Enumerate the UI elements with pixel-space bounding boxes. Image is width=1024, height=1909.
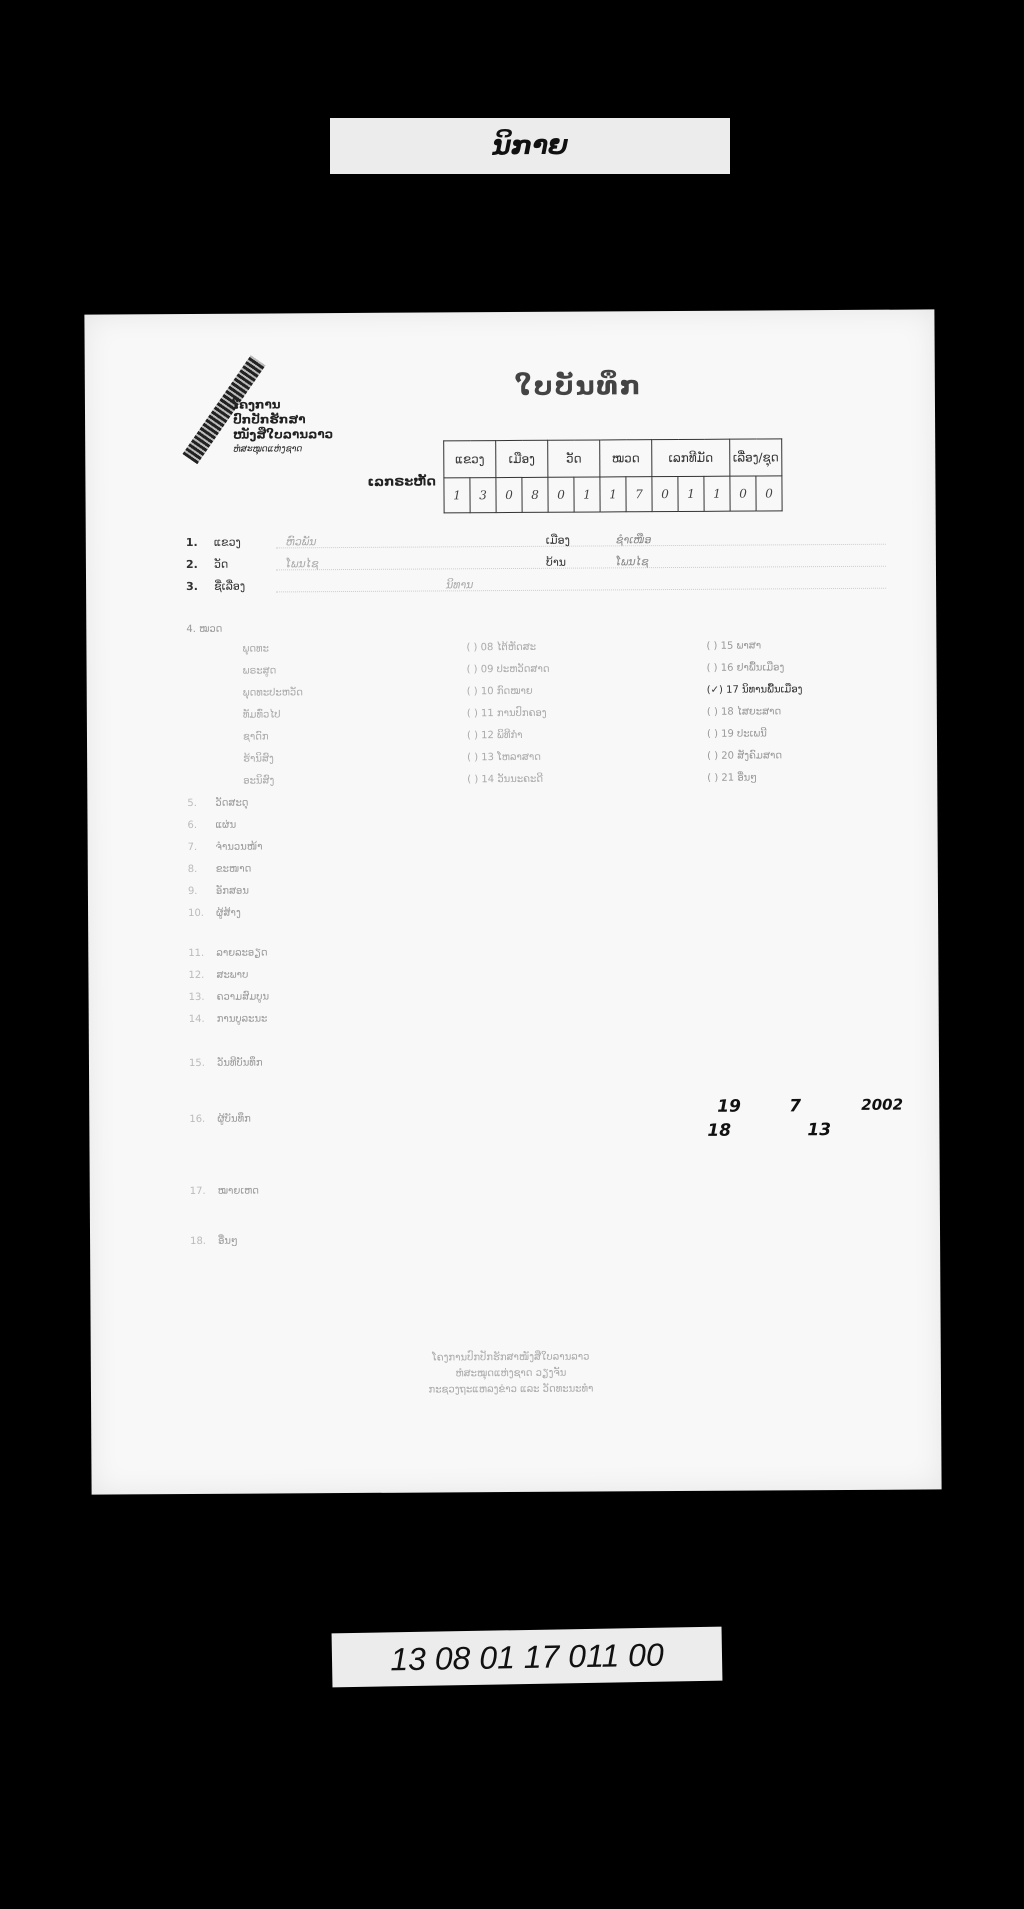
detail-row: 14.ການບູລະນະ bbox=[189, 1010, 889, 1058]
footer-line: ຫໍສະໝຸດແຫ່ງຊາດ ວຽງຈັນ bbox=[361, 1365, 661, 1383]
handwritten-value-a: 18 bbox=[707, 1121, 731, 1141]
row-label: ວັນທີບັນທຶກ bbox=[217, 1058, 263, 1069]
category-option: ( ) 10 ກົດໝາຍ bbox=[467, 686, 550, 709]
category-option: ( ) 19 ປະເພນີ bbox=[707, 728, 803, 751]
category-option: ພຸດທະ bbox=[242, 643, 302, 665]
field-value-province: ຫົວພັນ bbox=[286, 535, 317, 548]
code-digit: 0 bbox=[548, 477, 574, 512]
row-number: 6. bbox=[187, 820, 197, 831]
row-number: 15. bbox=[189, 1058, 205, 1069]
category-heading: 4. ໝວດ bbox=[186, 624, 222, 635]
field-label-title: ຊື່ເລື່ອງ bbox=[214, 580, 245, 593]
detail-row: 10.ຜູ້ສ້າງ bbox=[188, 904, 888, 948]
row-label: ຂະໜາດ bbox=[216, 864, 252, 875]
handwritten-year: 2002 bbox=[861, 1096, 903, 1114]
row-number: 9. bbox=[188, 886, 198, 897]
category-column-2: ( ) 08 ໄຕ້ຫັດສະ ( ) 09 ປະຫວັດສາດ ( ) 10 … bbox=[466, 642, 550, 797]
field-label-province: ແຂວງ bbox=[214, 536, 241, 549]
org-line-4: ຫໍສະໝຸດແຫ່ງຊາດ bbox=[233, 442, 333, 458]
category-option: ຮ້ານິສົງ bbox=[243, 753, 303, 775]
dotted-line bbox=[276, 588, 886, 593]
handwritten-value-b: 13 bbox=[807, 1120, 831, 1140]
category-option: ( ) 13 ໂຫລາສາດ bbox=[467, 752, 550, 775]
category-option: ຊາດົກ bbox=[243, 731, 303, 753]
row-number: 12. bbox=[188, 970, 204, 981]
row-label: ຜູ້ສ້າງ bbox=[216, 908, 241, 919]
code-digit: 8 bbox=[522, 477, 548, 512]
code-digit: 0 bbox=[652, 476, 678, 511]
detail-row: 16.ຜູ້ບັນທຶກ bbox=[189, 1110, 889, 1186]
row-label: ອັກສອນ bbox=[216, 886, 249, 897]
field-value-district: ຊຳເໜືອ bbox=[616, 533, 652, 546]
field-number: 3. bbox=[186, 580, 198, 593]
category-option: ( ) 18 ໄສຍະສາດ bbox=[707, 706, 803, 729]
form-title: ໃບບັນທຶກ bbox=[515, 371, 643, 402]
footer-organization: ໂຄງການປົກປັກຮັກສາໜັງສືໃບລານລາວ ຫໍສະໝຸດແຫ… bbox=[361, 1349, 661, 1399]
code-header-row: ແຂວງ ເມືອງ ວັດ ໝວດ ເລກທີມັດ ເລື່ອງ/ຊຸດ bbox=[444, 439, 782, 478]
row-number: 7. bbox=[188, 842, 198, 853]
code-digit: 1 bbox=[444, 478, 470, 513]
org-line-1: ໂຄງການ bbox=[233, 397, 333, 413]
code-header-title-set: ເລື່ອງ/ຊຸດ bbox=[730, 439, 782, 476]
row-number: 8. bbox=[188, 864, 198, 875]
category-option: ( ) 15 ພາສາ bbox=[706, 640, 802, 663]
field-value-village: ໂພນໄຊ bbox=[616, 555, 649, 568]
code-digit: 1 bbox=[704, 476, 730, 511]
field-label-district: ເມືອງ bbox=[546, 534, 570, 547]
manuscript-code-label: 13 08 01 17 011 00 bbox=[332, 1627, 723, 1688]
row-label: ການບູລະນະ bbox=[217, 1014, 268, 1025]
category-header-label: ນິກາຍ bbox=[330, 118, 730, 174]
row-label: ແຜ່ນ bbox=[215, 820, 236, 831]
code-header-bundle-number: ເລກທີມັດ bbox=[652, 439, 730, 476]
basic-fields: 1. ແຂວງ ຫົວພັນ ເມືອງ ຊຳເໜືອ 2. ວັດ ໂພນໄຊ… bbox=[186, 532, 886, 602]
field-label-temple: ວັດ bbox=[214, 558, 228, 571]
row-label: ສະພາບ bbox=[216, 970, 248, 981]
row-label: ອື່ນໆ bbox=[218, 1236, 238, 1247]
code-digit: 0 bbox=[756, 476, 782, 511]
registration-form-sheet: ໂຄງການ ປົກປັກຮັກສາ ໜັງສືໃບລານລາວ ຫໍສະໝຸດ… bbox=[84, 309, 941, 1494]
category-option: ພຸດທະປະຫວັດ bbox=[243, 687, 303, 709]
category-option: ( ) 09 ປະຫວັດສາດ bbox=[467, 664, 550, 687]
code-digit: 1 bbox=[678, 476, 704, 511]
organization-logo: ໂຄງການ ປົກປັກຮັກສາ ໜັງສືໃບລານລາວ ຫໍສະໝຸດ… bbox=[175, 349, 376, 460]
category-option: ( ) 16 ຢາພື້ນເມືອງ bbox=[707, 662, 803, 685]
category-column-1: ພຸດທະ ພຣະສູດ ພຸດທະປະຫວັດ ທັມທົ່ວໄປ ຊາດົກ… bbox=[242, 643, 303, 797]
code-digit-row: 1 3 0 8 0 1 1 7 0 1 1 0 0 bbox=[444, 476, 782, 513]
field-label-village: ບ້ານ bbox=[546, 556, 566, 569]
row-number: 14. bbox=[189, 1014, 205, 1025]
code-digit: 1 bbox=[574, 477, 600, 512]
row-label: ໝາຍເຫດ bbox=[218, 1186, 259, 1197]
category-option: ( ) 21 ອື່ນໆ bbox=[707, 772, 803, 795]
organization-name: ໂຄງການ ປົກປັກຮັກສາ ໜັງສືໃບລານລາວ ຫໍສະໝຸດ… bbox=[233, 397, 333, 458]
category-option: ( ) 11 ການປົກຄອງ bbox=[467, 708, 550, 731]
category-option: ( ) 08 ໄຕ້ຫັດສະ bbox=[466, 642, 549, 665]
dotted-line bbox=[276, 566, 886, 571]
category-option: ( ) 20 ສັງຄົມສາດ bbox=[707, 750, 803, 773]
code-header-province: ແຂວງ bbox=[444, 441, 496, 478]
category-option: ອະນິສົງ bbox=[243, 775, 303, 797]
field-number: 2. bbox=[186, 558, 198, 571]
row-number: 13. bbox=[189, 992, 205, 1003]
category-option: ທັມທົ່ວໄປ bbox=[243, 709, 303, 731]
handwritten-month: 7 bbox=[789, 1096, 801, 1116]
row-label: ຜູ້ບັນທຶກ bbox=[217, 1114, 251, 1125]
org-line-2: ປົກປັກຮັກສາ bbox=[233, 412, 333, 428]
row-label: ຈຳນວນໜ້າ bbox=[216, 842, 263, 853]
footer-line: ກະຊວງຖະແຫລງຂ່າວ ແລະ ວັດທະນະທຳ bbox=[361, 1381, 661, 1399]
detail-row: 18.ອື່ນໆ bbox=[190, 1232, 890, 1258]
footer-line: ໂຄງການປົກປັກຮັກສາໜັງສືໃບລານລາວ bbox=[361, 1349, 661, 1367]
detail-row: 17.ໝາຍເຫດ bbox=[190, 1182, 890, 1236]
org-line-3: ໜັງສືໃບລານລາວ bbox=[233, 427, 333, 443]
row-number: 16. bbox=[189, 1114, 205, 1125]
category-option: ( ) 14 ວັນນະຄະດີ bbox=[467, 774, 550, 797]
code-digit: 0 bbox=[730, 476, 756, 511]
field-value-temple: ໂພນໄຊ bbox=[286, 557, 319, 570]
field-value-title: ນິທານ bbox=[446, 578, 473, 591]
code-header-category: ໝວດ bbox=[600, 440, 652, 477]
handwritten-day: 19 bbox=[717, 1097, 741, 1117]
row-number: 11. bbox=[188, 948, 204, 959]
row-number: 5. bbox=[187, 798, 197, 809]
row-label: ວັດສະດຸ bbox=[215, 798, 248, 809]
row-label: ລາຍລະອຽດ bbox=[216, 948, 267, 959]
row-number: 18. bbox=[190, 1236, 206, 1247]
detail-row: 15.ວັນທີບັນທຶກ bbox=[189, 1054, 889, 1114]
code-digit: 7 bbox=[626, 477, 652, 512]
field-row-title: 3. ຊື່ເລື່ອງ ນິທານ bbox=[186, 576, 886, 602]
category-section: 4. ໝວດ ພຸດທະ ພຣະສູດ ພຸດທະປະຫວັດ ທັມທົ່ວໄ… bbox=[186, 620, 886, 624]
code-header-district: ເມືອງ bbox=[496, 440, 548, 477]
row-label: ຄວາມສົມບູນ bbox=[217, 991, 270, 1002]
detail-fields: 5.ວັດສະດຸ 6.ແຜ່ນ 7.ຈຳນວນໜ້າ 8.ຂະໜາດ 9.ອັ… bbox=[187, 794, 890, 1258]
row-number: 17. bbox=[190, 1186, 206, 1197]
field-number: 1. bbox=[186, 536, 198, 549]
code-digit: 0 bbox=[496, 477, 522, 512]
category-option-checked: (✓) 17 ນິທານພື້ນເມືອງ bbox=[707, 684, 803, 707]
code-table: ແຂວງ ເມືອງ ວັດ ໝວດ ເລກທີມັດ ເລື່ອງ/ຊຸດ 1… bbox=[443, 438, 782, 513]
code-header-temple: ວັດ bbox=[548, 440, 600, 477]
code-label: ເລກຣະຫັດ bbox=[367, 474, 436, 489]
category-option: ພຣະສູດ bbox=[243, 665, 303, 687]
category-column-3: ( ) 15 ພາສາ ( ) 16 ຢາພື້ນເມືອງ (✓) 17 ນິ… bbox=[706, 640, 803, 795]
category-option: ( ) 12 ພິທີກຳ bbox=[467, 730, 550, 753]
row-number: 10. bbox=[188, 908, 204, 919]
code-digit: 3 bbox=[470, 478, 496, 513]
code-digit: 1 bbox=[600, 477, 626, 512]
dotted-line bbox=[276, 544, 886, 549]
